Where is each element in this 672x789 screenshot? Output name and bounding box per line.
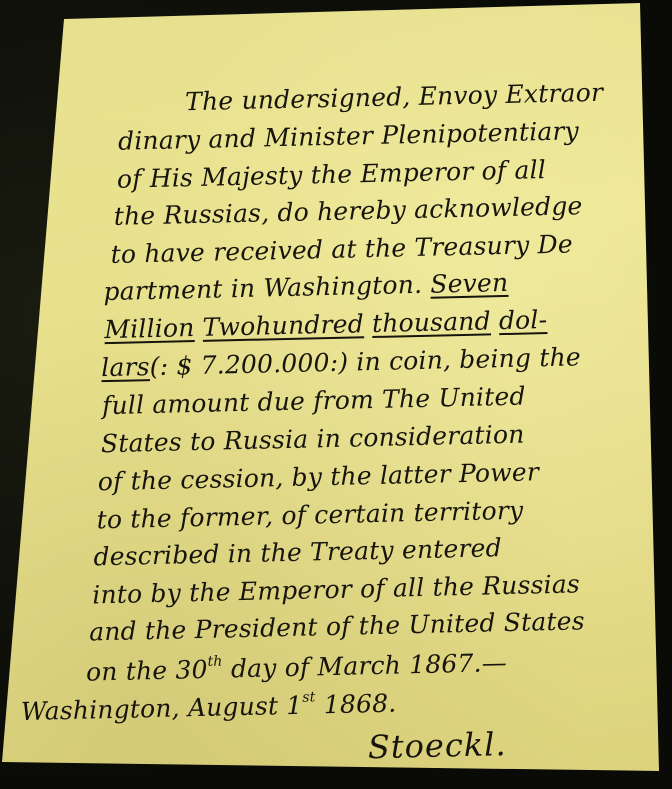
amount-figure: (: $ 7.200.000:)	[149, 348, 348, 381]
underlined-dol: dol-	[499, 305, 548, 335]
text-line-10: States to Russia in consideration	[101, 422, 525, 457]
text-line-7: Million Twohundred thousand dol-	[104, 307, 547, 342]
text-line-6: partment in Washington. Seven	[103, 270, 508, 304]
underlined-thousand: thousand	[372, 306, 491, 338]
place-date-line: Washington, August 1st 1868.	[21, 689, 397, 725]
text-line-9: full amount due from The United	[102, 384, 526, 419]
text-segment: in coin, being the	[348, 342, 581, 376]
superscript: th	[207, 654, 222, 670]
text-line-8: lars(: $ 7.200.000:) in coin, being the	[101, 344, 581, 380]
underlined-million: Million	[104, 313, 195, 344]
underlined-lars: lars	[101, 352, 150, 382]
signature: Stoeckl.	[368, 728, 507, 763]
place-text: Washington, August 1	[21, 691, 303, 726]
text-line-5: to have received at the Treasury De	[110, 231, 573, 266]
text-line-12: to the former, of certain territory	[96, 498, 523, 533]
handwritten-text: The undersigned, Envoy Extraor dinary an…	[0, 0, 672, 789]
text-line-2: dinary and Minister Plenipotentiary	[118, 118, 579, 153]
text-line-4: the Russias, do hereby acknowledge	[113, 193, 582, 229]
text-line-1: The undersigned, Envoy Extraor	[185, 80, 603, 114]
underlined-two-hundred: Twohundred	[202, 309, 364, 342]
text-line-3: of His Majesty the Emperor of all	[117, 157, 547, 192]
text-segment: partment in Washington	[103, 270, 414, 306]
text-line-16: on the 30th day of March 1867.—	[86, 648, 507, 685]
text-segment: day of March 1867.—	[222, 648, 507, 683]
text-line-13: described in the Treaty entered	[93, 535, 502, 569]
text-line-14: into by the Emperor of all the Russias	[92, 571, 580, 607]
text-line-11: of the cession, by the latter Power	[98, 459, 540, 494]
superscript: st	[302, 689, 316, 705]
text-segment: on the 30	[86, 655, 208, 687]
text-line-15: and the President of the United States	[89, 608, 585, 644]
year-text: 1868.	[315, 689, 396, 720]
underlined-seven: Seven	[430, 268, 509, 299]
